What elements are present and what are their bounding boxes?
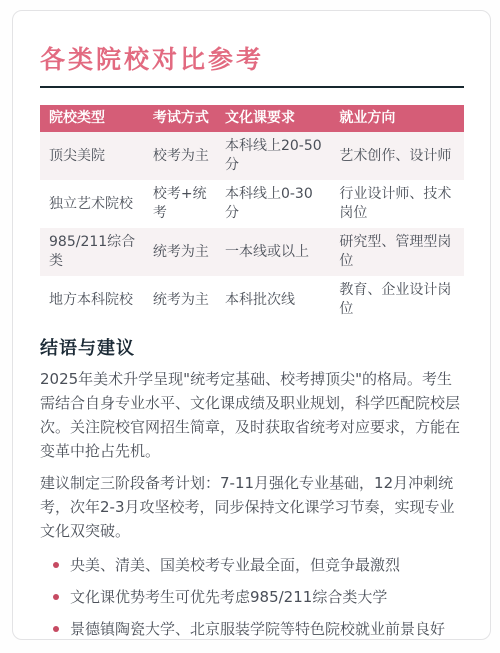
cell-culture-requirement: 本科批次线 (216, 276, 330, 324)
cell-school-type: 985/211综合类 (40, 228, 144, 276)
table-row: 独立艺术院校 校考+统考 本科线上0-30分 行业设计师、技术岗位 (40, 180, 464, 228)
list-item: 景德镇陶瓷大学、北京服装学院等特色院校就业前景良好 (70, 619, 464, 639)
content-card: 各类院校对比参考 院校类型 考试方式 文化课要求 就业方向 顶尖美院 校考为主 … (12, 10, 491, 640)
list-item-text: 央美、清美、国美校考专业最全面，但竞争最激烈 (70, 556, 400, 574)
school-comparison-table: 院校类型 考试方式 文化课要求 就业方向 顶尖美院 校考为主 本科线上20-50… (40, 105, 464, 324)
cell-culture-requirement: 一本线或以上 (216, 228, 330, 276)
cell-career-direction: 行业设计师、技术岗位 (330, 180, 464, 228)
table-header-row: 院校类型 考试方式 文化课要求 就业方向 (40, 105, 464, 132)
cell-culture-requirement: 本科线上20-50分 (216, 132, 330, 180)
list-item-text: 文化课优势考生可优先考虑985/211综合类大学 (70, 588, 387, 606)
list-item-text: 景德镇陶瓷大学、北京服装学院等特色院校就业前景良好 (70, 620, 445, 638)
bullet-dot-icon (53, 594, 59, 600)
bullet-dot-icon (53, 626, 59, 632)
cell-exam-method: 校考为主 (144, 132, 216, 180)
title-divider (40, 86, 464, 88)
cell-school-type: 独立艺术院校 (40, 180, 144, 228)
conclusion-paragraph: 2025年美术升学呈现"统考定基础、校考搏顶尖"的格局。考生需结合自身专业水平、… (40, 367, 464, 463)
column-header-exam-method: 考试方式 (144, 105, 216, 132)
cell-school-type: 地方本科院校 (40, 276, 144, 324)
column-header-school-type: 院校类型 (40, 105, 144, 132)
cell-exam-method: 校考+统考 (144, 180, 216, 228)
table-row: 地方本科院校 统考为主 本科批次线 教育、企业设计岗位 (40, 276, 464, 324)
column-header-culture-requirement: 文化课要求 (216, 105, 330, 132)
table-row: 985/211综合类 统考为主 一本线或以上 研究型、管理型岗位 (40, 228, 464, 276)
advice-paragraph: 建议制定三阶段备考计划：7-11月强化专业基础，12月冲刺统考，次年2-3月攻坚… (40, 471, 464, 543)
bullet-dot-icon (53, 562, 59, 568)
cell-career-direction: 研究型、管理型岗位 (330, 228, 464, 276)
table-row: 顶尖美院 校考为主 本科线上20-50分 艺术创作、设计师 (40, 132, 464, 180)
cell-career-direction: 教育、企业设计岗位 (330, 276, 464, 324)
cell-exam-method: 统考为主 (144, 228, 216, 276)
cell-school-type: 顶尖美院 (40, 132, 144, 180)
list-item: 文化课优势考生可优先考虑985/211综合类大学 (70, 587, 464, 607)
page-title: 各类院校对比参考 (40, 45, 464, 75)
cell-culture-requirement: 本科线上0-30分 (216, 180, 330, 228)
cell-exam-method: 统考为主 (144, 276, 216, 324)
tips-list: 央美、清美、国美校考专业最全面，但竞争最激烈 文化课优势考生可优先考虑985/2… (40, 555, 464, 639)
list-item: 央美、清美、国美校考专业最全面，但竞争最激烈 (70, 555, 464, 575)
column-header-career-direction: 就业方向 (330, 105, 464, 132)
conclusion-heading: 结语与建议 (40, 338, 464, 359)
cell-career-direction: 艺术创作、设计师 (330, 132, 464, 180)
